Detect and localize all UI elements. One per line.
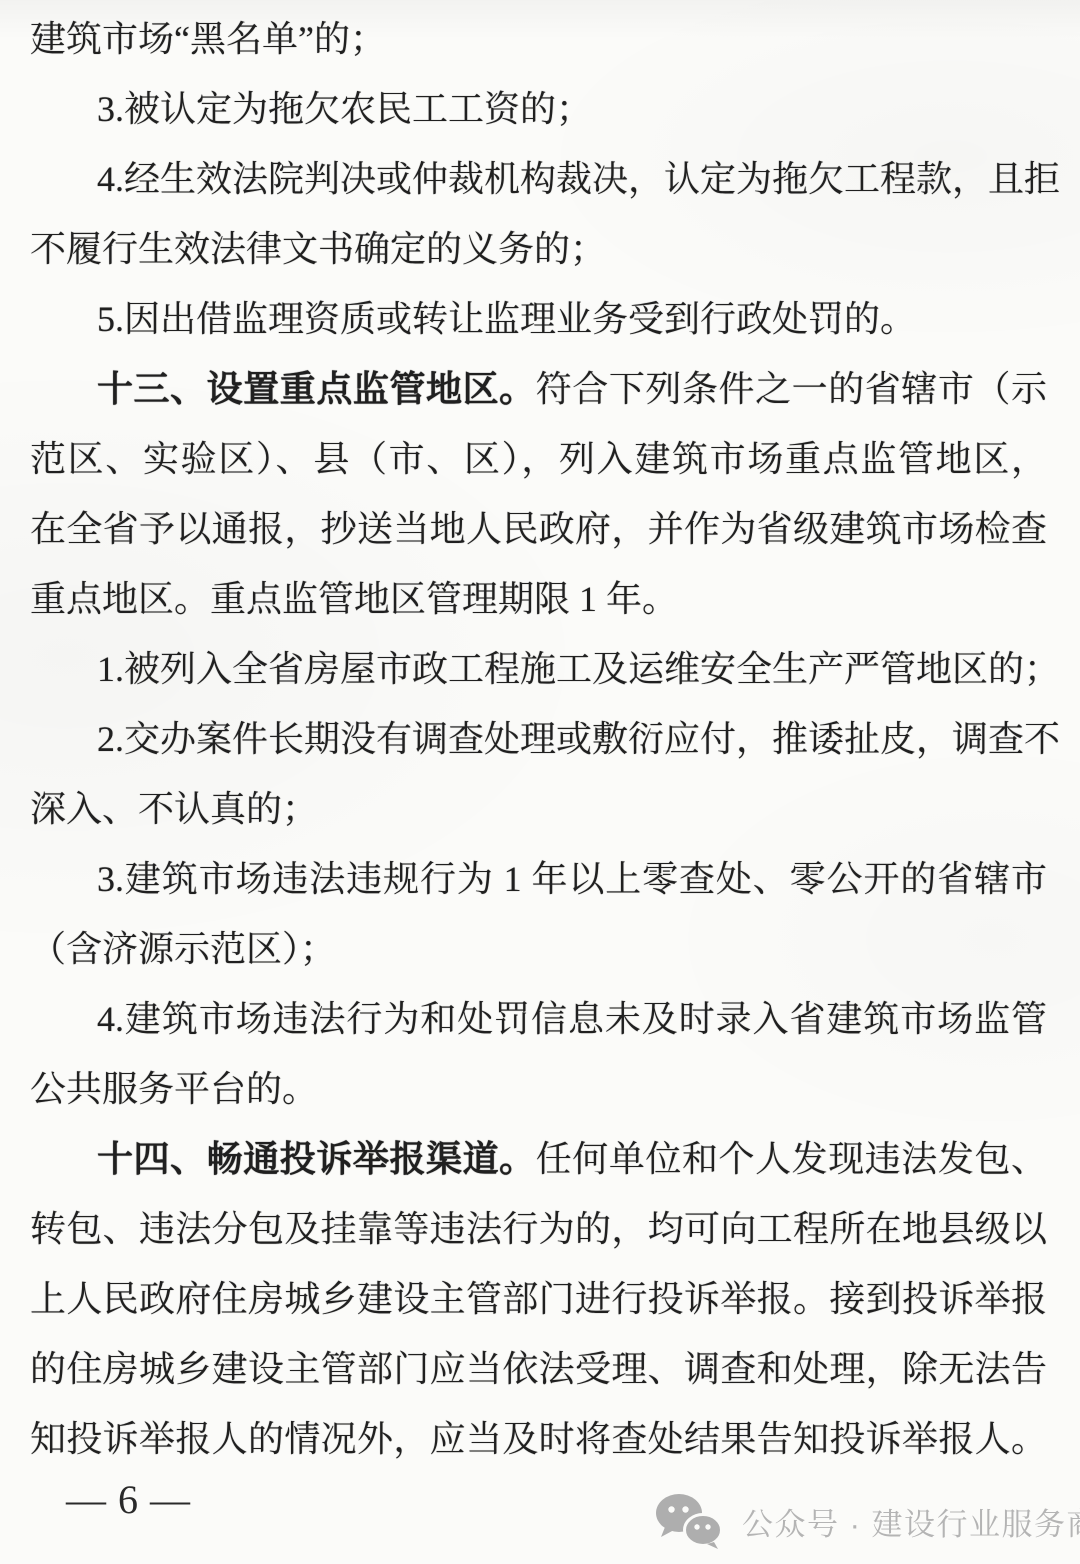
text-line: 十三、设置重点监管地区。符合下列条件之一的省辖市（示 <box>30 354 1047 424</box>
text-line: 范区、实验区）、县（市、区），列入建筑市场重点监管地区， <box>30 424 1047 494</box>
body-segment: 任何单位和个人发现违法发包、 <box>536 1139 1047 1179</box>
body-segment: 重点地区。重点监管地区管理期限 1 年。 <box>30 579 678 619</box>
body-segment: 2.交办案件长期没有调查处理或敷衍应付，推诿扯皮，调查不 <box>97 719 1060 759</box>
text-line: 上人民政府住房城乡建设主管部门进行投诉举报。接到投诉举报 <box>30 1264 1047 1334</box>
text-line: 3.建筑市场违法违规行为 1 年以上零查处、零公开的省辖市 <box>30 844 1047 914</box>
text-line: 建筑市场“黑名单”的； <box>30 4 1047 74</box>
text-line: 不履行生效法律文书确定的义务的； <box>30 214 1047 284</box>
body-segment: 1.被列入全省房屋市政工程施工及运维安全生产严管地区的； <box>97 649 1060 689</box>
text-line: 3.被认定为拖欠农民工工资的； <box>30 74 1047 144</box>
text-line: 5.因出借监理资质或转让监理业务受到行政处罚的。 <box>30 284 1047 354</box>
heading-segment: 十三、设置重点监管地区。 <box>97 369 536 409</box>
text-line: 在全省予以通报，抄送当地人民政府，并作为省级建筑市场检查 <box>30 494 1047 564</box>
body-segment: 知投诉举报人的情况外，应当及时将查处结果告知投诉举报人。 <box>30 1419 1047 1459</box>
text-line: 4.建筑市场违法行为和处罚信息未及时录入省建筑市场监管 <box>30 984 1047 1054</box>
text-line: 4.经生效法院判决或仲裁机构裁决，认定为拖欠工程款，且拒 <box>30 144 1047 214</box>
text-line: 的住房城乡建设主管部门应当依法受理、调查和处理，除无法告 <box>30 1334 1047 1404</box>
wechat-icon <box>652 1492 726 1550</box>
page-number: — 6 — <box>66 1472 191 1528</box>
document-text: 建筑市场“黑名单”的；3.被认定为拖欠农民工工资的；4.经生效法院判决或仲裁机构… <box>30 4 1047 1474</box>
body-segment: 4.经生效法院判决或仲裁机构裁决，认定为拖欠工程款，且拒 <box>97 159 1060 199</box>
body-segment: 上人民政府住房城乡建设主管部门进行投诉举报。接到投诉举报 <box>30 1279 1047 1319</box>
watermark-text: 公众号 · 建设行业服务商 <box>742 1499 1080 1544</box>
body-segment: 范区、实验区）、县（市、区），列入建筑市场重点监管地区， <box>30 439 1047 479</box>
heading-segment: 十四、畅通投诉举报渠道。 <box>97 1139 536 1179</box>
text-line: 公共服务平台的。 <box>30 1054 1047 1124</box>
watermark: 公众号 · 建设行业服务商 <box>652 1488 1080 1554</box>
text-line: 1.被列入全省房屋市政工程施工及运维安全生产严管地区的； <box>30 634 1047 704</box>
body-segment: 3.被认定为拖欠农民工工资的； <box>97 89 592 129</box>
text-line: 重点地区。重点监管地区管理期限 1 年。 <box>30 564 1047 634</box>
body-segment: 在全省予以通报，抄送当地人民政府，并作为省级建筑市场检查 <box>30 509 1047 549</box>
body-segment: 符合下列条件之一的省辖市（示 <box>536 369 1047 409</box>
body-segment: 3.建筑市场违法违规行为 1 年以上零查处、零公开的省辖市 <box>97 859 1047 899</box>
body-segment: 的住房城乡建设主管部门应当依法受理、调查和处理，除无法告 <box>30 1349 1047 1389</box>
text-line: 知投诉举报人的情况外，应当及时将查处结果告知投诉举报人。 <box>30 1404 1047 1474</box>
body-segment: 不履行生效法律文书确定的义务的； <box>30 229 606 269</box>
body-segment: 4.建筑市场违法行为和处罚信息未及时录入省建筑市场监管 <box>97 999 1047 1039</box>
body-segment: 转包、违法分包及挂靠等违法行为的，均可向工程所在地县级以 <box>30 1209 1047 1249</box>
text-line: （含济源示范区）； <box>30 914 1047 984</box>
body-segment: （含济源示范区）； <box>30 929 336 969</box>
text-line: 转包、违法分包及挂靠等违法行为的，均可向工程所在地县级以 <box>30 1194 1047 1264</box>
text-line: 深入、不认真的； <box>30 774 1047 844</box>
text-line: 2.交办案件长期没有调查处理或敷衍应付，推诿扯皮，调查不 <box>30 704 1047 774</box>
body-segment: 5.因出借监理资质或转让监理业务受到行政处罚的。 <box>97 299 916 339</box>
body-segment: 公共服务平台的。 <box>30 1069 318 1109</box>
body-segment: 建筑市场“黑名单”的； <box>30 19 386 59</box>
text-line: 十四、畅通投诉举报渠道。任何单位和个人发现违法发包、 <box>30 1124 1047 1194</box>
body-segment: 深入、不认真的； <box>30 789 318 829</box>
